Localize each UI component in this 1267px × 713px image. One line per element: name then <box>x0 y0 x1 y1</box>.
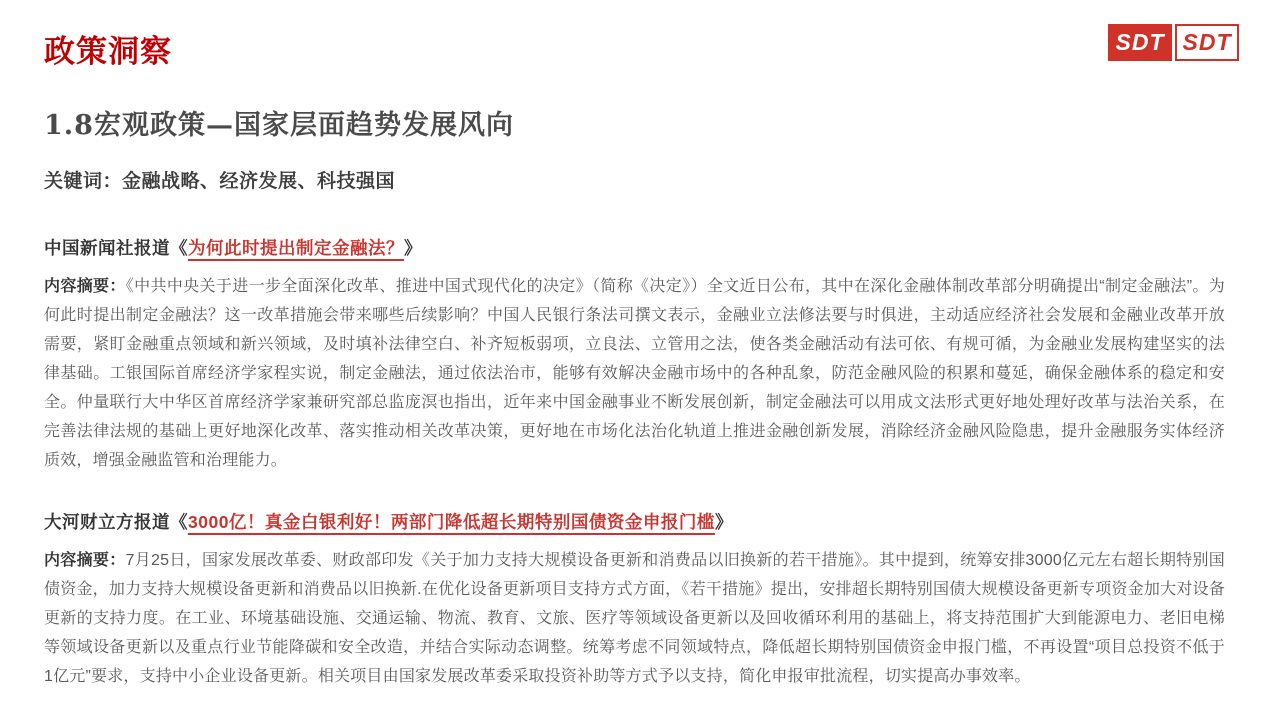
summary-text: 7月25日，国家发展改革委、财政部印发《关于加力支持大规模设备更新和消费品以旧换… <box>44 552 1225 685</box>
sdt-logo: SDT SDT <box>1108 24 1239 61</box>
keywords-line: 关键词：金融战略、经济发展、科技强国 <box>44 166 1225 193</box>
news-summary: 内容摘要：7月25日，国家发展改革委、财政部印发《关于加力支持大规模设备更新和消… <box>44 546 1225 691</box>
news-summary: 内容摘要：《中共中央关于进一步全面深化改革、推进中国式现代化的决定》（简称《决定… <box>44 272 1225 475</box>
sdt-logo-left-text: SDT <box>1116 29 1165 56</box>
news-heading: 中国新闻社报道《为何此时提出制定金融法？》 <box>44 235 1225 260</box>
news-section-finance-law: 中国新闻社报道《为何此时提出制定金融法？》 内容摘要：《中共中央关于进一步全面深… <box>44 235 1225 475</box>
news-source-prefix: 中国新闻社报道《 <box>44 238 188 258</box>
summary-label: 内容摘要： <box>44 278 126 295</box>
sdt-logo-left: SDT <box>1108 24 1172 61</box>
slide-page: SDT SDT 政策洞察 1.8宏观政策—国家层面趋势发展风向 关键词：金融战略… <box>0 0 1267 713</box>
news-heading: 大河财立方报道《3000亿！真金白银利好！两部门降低超长期特别国债资金申报门槛》 <box>44 509 1225 534</box>
news-source-suffix: 》 <box>404 238 422 258</box>
page-subtitle: 1.8宏观政策—国家层面趋势发展风向 <box>44 103 1225 142</box>
news-source-suffix: 》 <box>715 512 733 532</box>
summary-text: 《中共中央关于进一步全面深化改革、推进中国式现代化的决定》（简称《决定》）全文近… <box>44 278 1225 469</box>
news-section-special-bonds: 大河财立方报道《3000亿！真金白银利好！两部门降低超长期特别国债资金申报门槛》… <box>44 509 1225 691</box>
news-article-link[interactable]: 为何此时提出制定金融法？ <box>188 238 404 261</box>
news-article-link[interactable]: 3000亿！真金白银利好！两部门降低超长期特别国债资金申报门槛 <box>188 512 715 535</box>
news-source-prefix: 大河财立方报道《 <box>44 512 188 532</box>
summary-label: 内容摘要： <box>44 552 126 569</box>
page-title: 政策洞察 <box>44 26 1225 71</box>
slide-content: 政策洞察 1.8宏观政策—国家层面趋势发展风向 关键词：金融战略、经济发展、科技… <box>0 0 1267 691</box>
sdt-logo-right-text: SDT <box>1183 29 1232 56</box>
sdt-logo-right: SDT <box>1175 24 1239 61</box>
